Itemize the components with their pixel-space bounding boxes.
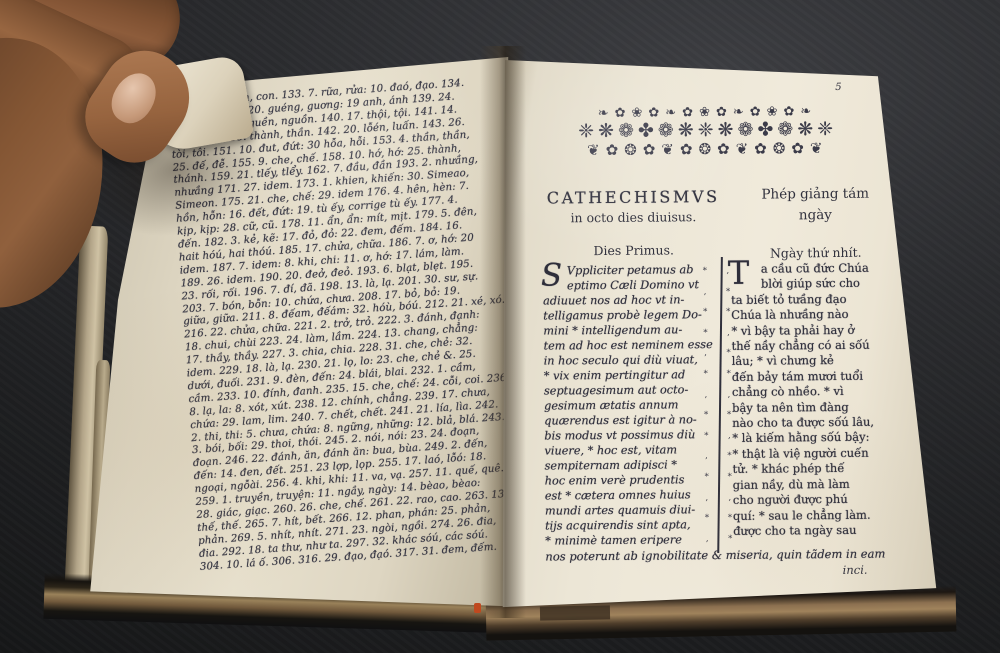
footer-line-1: nos poterunt ab ignobilitate & miseria, … [535,546,895,563]
viet-line: bậy ta nên tìm đàng [732,399,892,416]
latin-header: CATHECHISMVS in octo dies diuisus. [536,187,730,226]
latin-column: Vppliciter petamus abeptimo Cæli Domino … [543,262,713,548]
index-line: đoạn. 246. 22. đánh, ăn, đánh ăn: bua, b… [193,435,541,472]
viet-line: ta biết tỏ tưầng đạo [731,291,891,308]
ornament-row: ❧✿❀✿❧✿❀✿❧✿❀✿❧ [555,104,859,122]
latin-line: adiuuet nos ad hoc vt in- [543,292,711,308]
viet-drop-cap: T [728,258,750,289]
latin-line: viuere, * hoc est, vitam [544,442,712,458]
latin-subtitle: in octo dies diuisus. [536,209,730,226]
viet-line: cho người được phú [733,492,893,509]
gloss-mark: * [724,343,734,364]
viet-line: blời giúp sức cho [761,276,891,293]
latin-line: septuagesimum aut octo- [544,382,712,398]
latin-line: eptimo Cæli Domino vt [567,277,711,293]
latin-line: est * cætera omnes huius [545,487,713,503]
index-line: chứa: 29. lam, lim. 240. 7. chết, chết. … [190,396,538,433]
right-page-content: 5 ❧✿❀✿❧✿❀✿❧✿❀✿❧❈❋❁✤❁❋❈❋❁✤❁❋❈❦✿❂✿❦✿❂✿❦✿❂✿… [497,53,947,617]
viet-line: nào cho ta được sốú lâu, [732,415,892,432]
viet-line: thế nầy chẳng có ai sốú [731,338,891,355]
index-line: thế, thế. 265. 7. hít, bết. 266. 12. pha… [197,499,545,536]
gloss-mark: * [700,302,710,323]
gloss-mark: , [724,384,734,405]
footer-line-2: inci. [535,562,895,579]
viet-line: đến bảy tám mươi tuổi [732,368,892,385]
book-cover-patch [540,605,610,620]
index-line: 8. lạ, la: 8. xót, xút. 238. 12. chính, … [189,383,537,420]
gloss-mark: * [702,467,712,488]
latin-section-heading: Dies Primus. [537,242,731,259]
gloss-mark: , [701,446,711,467]
viet-line: gian nầy, dù mà làm [733,476,893,493]
latin-line: in hoc seculo qui diù viuat, [544,352,712,368]
latin-line: * minimè tamen eripere [545,532,713,548]
latin-line: hoc enim verè prudentis [545,472,713,488]
gloss-mark: * [702,508,712,529]
viet-line: chẳng cò nhềo. * vì [732,384,892,401]
viet-title-line2: ngày [740,207,890,224]
binding-red-mark [474,603,481,613]
ornament-band: ❧✿❀✿❧✿❀✿❧✿❀✿❧❈❋❁✤❁❋❈❋❁✤❁❋❈❦✿❂✿❦✿❂✿❦✿❂✿❦ [555,104,859,160]
index-line: 3. bói, bối: 29. thoi, thói. 245. 2. nói… [192,422,540,459]
viet-line: a cầu cũ đức Chúa [761,261,891,278]
gloss-mark: * [724,364,734,385]
page-footer: nos poterunt ab ignobilitate & miseria, … [535,546,895,579]
latin-line: gesimum ætatis annum [544,397,712,413]
gloss-mark: * [725,508,735,529]
gloss-mark: , [724,426,734,447]
latin-line: bis modus vt possimus diù [544,427,712,443]
gloss-mark: , [701,343,711,364]
page-number: 5 [835,82,841,93]
viet-line: * vì bậy ta phải hay ở [731,322,891,339]
gloss-mark: * [700,323,710,344]
viet-header: Phép giảng tám ngày [740,186,890,224]
gloss-mark: * [723,302,733,323]
hand [0,0,300,320]
index-line: 17. thầy, thầy. 227. 3. chia, chia. 228.… [186,332,534,369]
viet-section-heading: Ngày thứ nhít. [741,245,891,261]
latin-line: Vppliciter petamus ab [567,262,711,278]
gloss-mark: * [701,426,711,447]
latin-line: telligamus probè legem Do- [543,307,711,323]
latin-line: mini * intelligendum au- [543,322,711,338]
index-line: 304. 10. lá ố. 306. 316. 29. đạo, đạó. 3… [200,538,548,575]
photo-background: hồn 130. 1. còn, con. 133. 7. rữa, rửa: … [0,0,1000,653]
gloss-mark: , [702,529,712,550]
viet-line: được cho ta ngày sau [733,522,893,539]
gloss-mark: , [700,282,710,303]
index-line: phản. 269. 5. nhít, nhít. 271. 23. ngòi,… [198,512,546,549]
latin-line: tem ad hoc est neminem esse [543,337,711,353]
latin-title: CATHECHISMVS [536,187,730,208]
viet-line: lâu; * vì chưng kẻ [732,353,892,370]
gloss-mark: * [701,405,711,426]
viet-column: a cầu cũ đức Chúablời giúp sức chota biế… [731,261,893,540]
viet-line: quí: * sau le chẳng làm. [733,507,893,524]
index-line: cầm. 233. 10. đính, đanh. 235. 15. che, … [188,370,536,407]
gloss-mark: , [723,261,733,282]
viet-line: tử. * khác phép thế [733,461,893,478]
gloss-mark: , [723,323,733,344]
latin-line: mundi artes quamuis diui- [545,502,713,518]
index-line: 259. 1. truyền, truyện: 11. ngầy, ngày: … [195,473,543,510]
gloss-mark: * [725,529,735,550]
index-line: dưới, đuối. 231. 9. đèn, đến: 24. blái, … [187,358,535,395]
index-line: đia. 292. 18. ta thư, như ta. 297. 32. k… [199,525,547,562]
index-line: đến: 14. đen, đết. 251. 23 lợp, lọp. 255… [193,448,541,485]
gloss-mark: , [702,488,712,509]
gloss-mark: * [724,405,734,426]
gutter-marks-right: ,**,**,*,**,** [723,261,736,549]
viet-line: Chúa là nhưầng nào [731,307,891,324]
latin-line: quærendus est igitur à no- [544,412,712,428]
index-line: 2. thi, thi: 5. chưa, chứa: 8. ngững, nh… [191,409,539,446]
gloss-mark: * [700,261,710,282]
right-page: 5 ❧✿❀✿❧✿❀✿❧✿❀✿❧❈❋❁✤❁❋❈❋❁✤❁❋❈❦✿❂✿❦✿❂✿❦✿❂✿… [497,55,942,615]
latin-drop-cap: S [541,260,563,290]
gloss-mark: , [725,487,735,508]
latin-line: * vix enim pertingitur ad [544,367,712,383]
index-line: 28. giác, giạc. 260. 26. che, chế. 261. … [196,486,544,523]
latin-line: sempiternam adipisci * [545,457,713,473]
viet-line: * thật là việ người cuến [732,445,892,462]
column-divider-rule [717,257,723,553]
gloss-mark: * [725,467,735,488]
gloss-mark: * [724,446,734,467]
ornament-row: ❦✿❂✿❦✿❂✿❦✿❂✿❦ [556,140,860,160]
latin-line: tijs acquirendis sint apta, [545,517,713,533]
gloss-mark: , [701,385,711,406]
gutter-marks-left: *,**,*,**,*,*, [700,261,713,549]
ornament-row: ❈❋❁✤❁❋❈❋❁✤❁❋❈ [556,119,860,143]
index-line: 18. chui, chùi 223. 24. làm, lầm. 224. 1… [185,319,533,356]
viet-title: Phép giảng tám [740,186,890,203]
gloss-mark: * [701,364,711,385]
index-line: ngoại, ngỗài. 256. 4. khi, khi: 11. va, … [194,461,542,498]
gloss-mark: * [723,281,733,302]
index-line: idem. 229. 18. là, lạ. 230. 21. lọ, lo: … [186,345,534,382]
viet-line: * là kiếm hằng sốú bậy: [732,430,892,447]
